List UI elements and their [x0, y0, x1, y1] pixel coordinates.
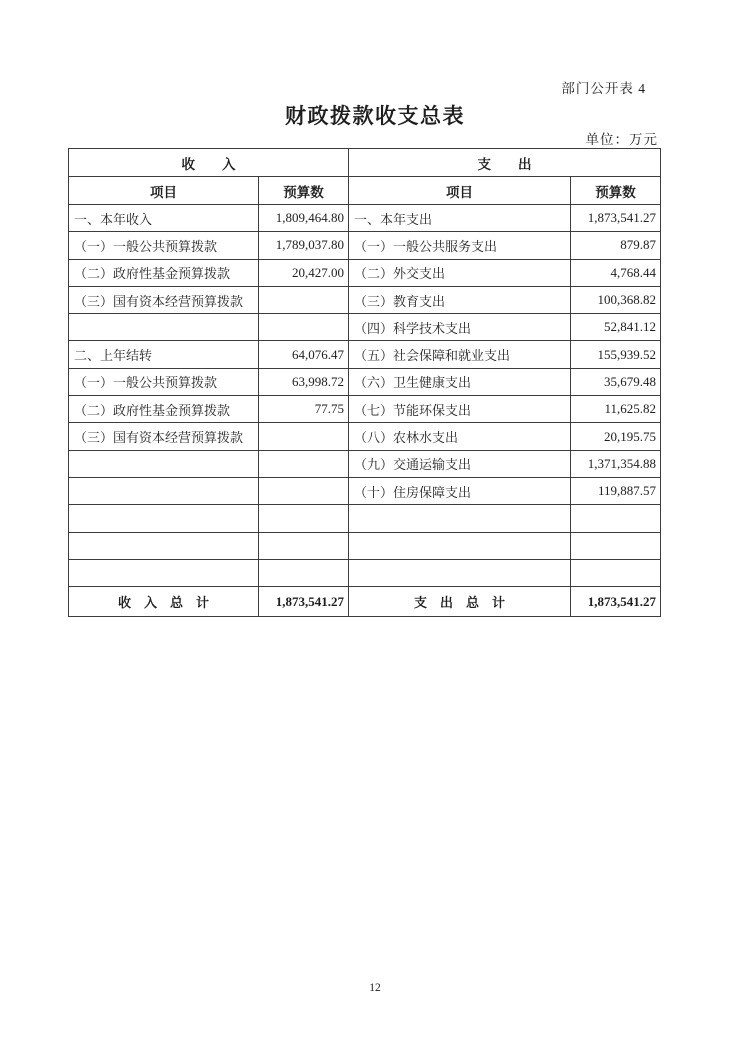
- table-row: （三）国有资本经营预算拨款 （三）教育支出 100,368.82: [69, 286, 661, 313]
- expense-budget-cell: 20,195.75: [571, 423, 661, 450]
- expense-item-cell: [349, 532, 571, 559]
- expense-budget-cell: 4,768.44: [571, 259, 661, 286]
- expense-item-cell: （三）教育支出: [349, 286, 571, 313]
- income-item-cell: [69, 505, 259, 532]
- expense-budget-cell: [571, 559, 661, 586]
- income-budget-cell: [259, 505, 349, 532]
- income-item-cell: 二、上年结转: [69, 341, 259, 368]
- unit-note: 单位：万元: [586, 128, 659, 148]
- income-budget-cell: 63,998.72: [259, 368, 349, 395]
- income-budget-cell: 64,076.47: [259, 341, 349, 368]
- table-row: （四）科学技术支出 52,841.12: [69, 314, 661, 341]
- expense-budget-cell: 35,679.48: [571, 368, 661, 395]
- budget-summary-table: 收 入 支 出 项目 预算数 项目 预算数 一、本年收入 1,809,464.8…: [68, 148, 661, 617]
- expense-item-cell: （五）社会保障和就业支出: [349, 341, 571, 368]
- expense-budget-cell: 11,625.82: [571, 396, 661, 423]
- income-item-cell: [69, 477, 259, 504]
- table-row: （九）交通运输支出 1,371,354.88: [69, 450, 661, 477]
- table-row: [69, 559, 661, 586]
- table-row: （二）政府性基金预算拨款 77.75 （七）节能环保支出 11,625.82: [69, 396, 661, 423]
- expense-item-column-header: 项目: [349, 177, 571, 205]
- expense-total-value: 1,873,541.27: [571, 587, 661, 617]
- income-budget-cell: [259, 423, 349, 450]
- expense-section-header: 支 出: [349, 149, 661, 177]
- table-row: （一）一般公共预算拨款 63,998.72 （六）卫生健康支出 35,679.4…: [69, 368, 661, 395]
- income-budget-cell: [259, 286, 349, 313]
- table-total-row: 收 入 总 计 1,873,541.27 支 出 总 计 1,873,541.2…: [69, 587, 661, 617]
- table-row: [69, 505, 661, 532]
- table-row: 二、上年结转 64,076.47 （五）社会保障和就业支出 155,939.52: [69, 341, 661, 368]
- corner-table-label: 部门公开表 4: [561, 77, 646, 97]
- income-budget-cell: [259, 532, 349, 559]
- expense-item-cell: （四）科学技术支出: [349, 314, 571, 341]
- income-item-cell: [69, 450, 259, 477]
- table-row: （三）国有资本经营预算拨款 （八）农林水支出 20,195.75: [69, 423, 661, 450]
- income-item-cell: 一、本年收入: [69, 205, 259, 232]
- expense-budget-cell: 1,873,541.27: [571, 205, 661, 232]
- income-budget-cell: [259, 314, 349, 341]
- income-budget-cell: 1,789,037.80: [259, 232, 349, 259]
- table-section-header-row: 收 入 支 出: [69, 149, 661, 177]
- income-budget-column-header: 预算数: [259, 177, 349, 205]
- expense-item-cell: （六）卫生健康支出: [349, 368, 571, 395]
- income-item-cell: [69, 532, 259, 559]
- income-section-header: 收 入: [69, 149, 349, 177]
- expense-item-cell: 一、本年支出: [349, 205, 571, 232]
- income-budget-cell: [259, 559, 349, 586]
- income-item-cell: （三）国有资本经营预算拨款: [69, 286, 259, 313]
- table-column-header-row: 项目 预算数 项目 预算数: [69, 177, 661, 205]
- income-budget-cell: [259, 477, 349, 504]
- income-budget-cell: 20,427.00: [259, 259, 349, 286]
- income-item-cell: （一）一般公共预算拨款: [69, 232, 259, 259]
- expense-item-cell: [349, 505, 571, 532]
- income-item-column-header: 项目: [69, 177, 259, 205]
- income-item-cell: [69, 314, 259, 341]
- expense-item-cell: （二）外交支出: [349, 259, 571, 286]
- income-item-cell: （二）政府性基金预算拨款: [69, 259, 259, 286]
- expense-item-cell: （十）住房保障支出: [349, 477, 571, 504]
- income-item-cell: （二）政府性基金预算拨款: [69, 396, 259, 423]
- page-number: 12: [0, 982, 750, 994]
- expense-budget-cell: [571, 532, 661, 559]
- expense-total-label: 支 出 总 计: [349, 587, 571, 617]
- income-budget-cell: 77.75: [259, 396, 349, 423]
- income-budget-cell: [259, 450, 349, 477]
- income-item-cell: （三）国有资本经营预算拨款: [69, 423, 259, 450]
- table-row: （二）政府性基金预算拨款 20,427.00 （二）外交支出 4,768.44: [69, 259, 661, 286]
- page-title: 财政拨款收支总表: [0, 100, 750, 130]
- table-row: （一）一般公共预算拨款 1,789,037.80 （一）一般公共服务支出 879…: [69, 232, 661, 259]
- income-item-cell: [69, 559, 259, 586]
- expense-budget-cell: 155,939.52: [571, 341, 661, 368]
- expense-budget-column-header: 预算数: [571, 177, 661, 205]
- income-item-cell: （一）一般公共预算拨款: [69, 368, 259, 395]
- expense-budget-cell: 119,887.57: [571, 477, 661, 504]
- expense-item-cell: （七）节能环保支出: [349, 396, 571, 423]
- income-total-value: 1,873,541.27: [259, 587, 349, 617]
- expense-budget-cell: 879.87: [571, 232, 661, 259]
- expense-budget-cell: [571, 505, 661, 532]
- expense-budget-cell: 52,841.12: [571, 314, 661, 341]
- income-budget-cell: 1,809,464.80: [259, 205, 349, 232]
- table-row: [69, 532, 661, 559]
- expense-budget-cell: 100,368.82: [571, 286, 661, 313]
- expense-item-cell: （八）农林水支出: [349, 423, 571, 450]
- table-row: 一、本年收入 1,809,464.80 一、本年支出 1,873,541.27: [69, 205, 661, 232]
- expense-budget-cell: 1,371,354.88: [571, 450, 661, 477]
- expense-item-cell: （一）一般公共服务支出: [349, 232, 571, 259]
- expense-item-cell: （九）交通运输支出: [349, 450, 571, 477]
- table-row: （十）住房保障支出 119,887.57: [69, 477, 661, 504]
- income-total-label: 收 入 总 计: [69, 587, 259, 617]
- expense-item-cell: [349, 559, 571, 586]
